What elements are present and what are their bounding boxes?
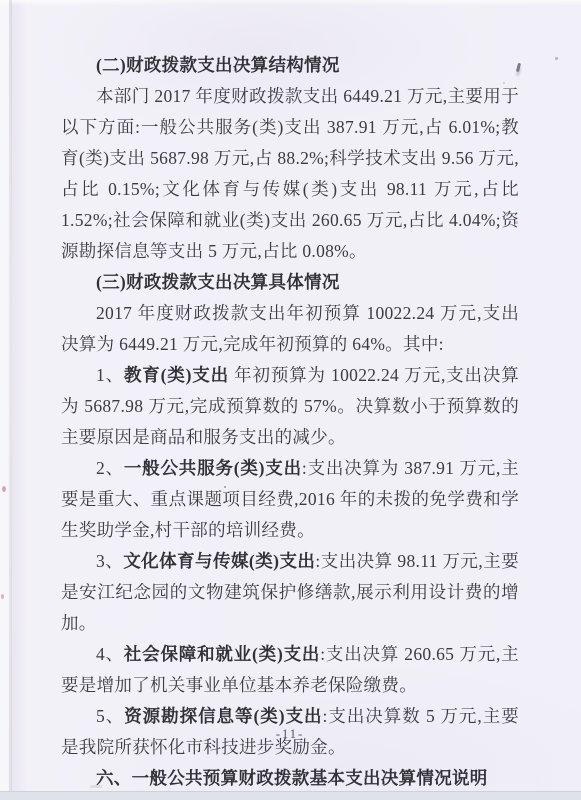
scanned-page: (二)财政拨款支出决算结构情况本部门 2017 年度财政拨款支出 6449.21… <box>0 0 581 792</box>
body-text: 本部门 2017 年度财政拨款支出 6449.21 万元,主要用于以下方面:一般… <box>61 86 519 261</box>
paragraph: 3、文化体育与传媒(类)支出:支出决算 98.11 万元,主要是安江纪念园的文物… <box>61 546 519 639</box>
body-text: 2、 <box>96 458 124 478</box>
emphasized-text: 一般公共服务(类)支出 <box>124 458 302 478</box>
body-text: 5、 <box>96 706 124 726</box>
section-heading: (三)财政拨款支出决算具体情况 <box>61 267 519 298</box>
paragraph: 4、社会保障和就业(类)支出:支出决算 260.65 万元,主要是增加了机关事业… <box>61 639 519 701</box>
paragraph: 2、一般公共服务(类)支出:支出决算为 387.91 万元,主要是重大、重点课题… <box>61 453 519 546</box>
emphasized-text: 文化体育与传媒(类)支出 <box>123 551 315 571</box>
paragraph: 1、教育(类)支出 年初预算为 10022.24 万元,支出决算为 5687.9… <box>61 360 519 453</box>
scanner-bed-edge <box>0 791 581 800</box>
page-number: -11- <box>61 727 519 742</box>
emphasized-text: 教育(类)支出 <box>124 365 229 385</box>
emphasized-text: (二)财政拨款支出决算结构情况 <box>96 55 340 75</box>
body-text: 1、 <box>96 365 124 385</box>
section-heading: 六、一般公共预算财政拨款基本支出决算情况说明 <box>61 763 519 794</box>
emphasized-text: 资源勘探信息等(类)支出 <box>124 706 322 726</box>
section-heading: (二)财政拨款支出决算结构情况 <box>61 50 519 81</box>
document-content: (二)财政拨款支出决算结构情况本部门 2017 年度财政拨款支出 6449.21… <box>61 50 519 794</box>
emphasized-text: 社会保障和就业(类)支出 <box>124 644 320 664</box>
emphasized-text: 六、一般公共预算财政拨款基本支出决算情况说明 <box>96 768 488 788</box>
body-text: 3、 <box>96 551 123 571</box>
emphasized-text: (三)财政拨款支出决算具体情况 <box>96 272 340 292</box>
paragraph: 2017 年度财政拨款支出年初预算 10022.24 万元,支出决算为 6449… <box>61 298 519 360</box>
body-text: 4、 <box>96 644 124 664</box>
paragraph: 本部门 2017 年度财政拨款支出 6449.21 万元,主要用于以下方面:一般… <box>61 81 519 267</box>
body-text: 2017 年度财政拨款支出年初预算 10022.24 万元,支出决算为 6449… <box>61 303 519 354</box>
